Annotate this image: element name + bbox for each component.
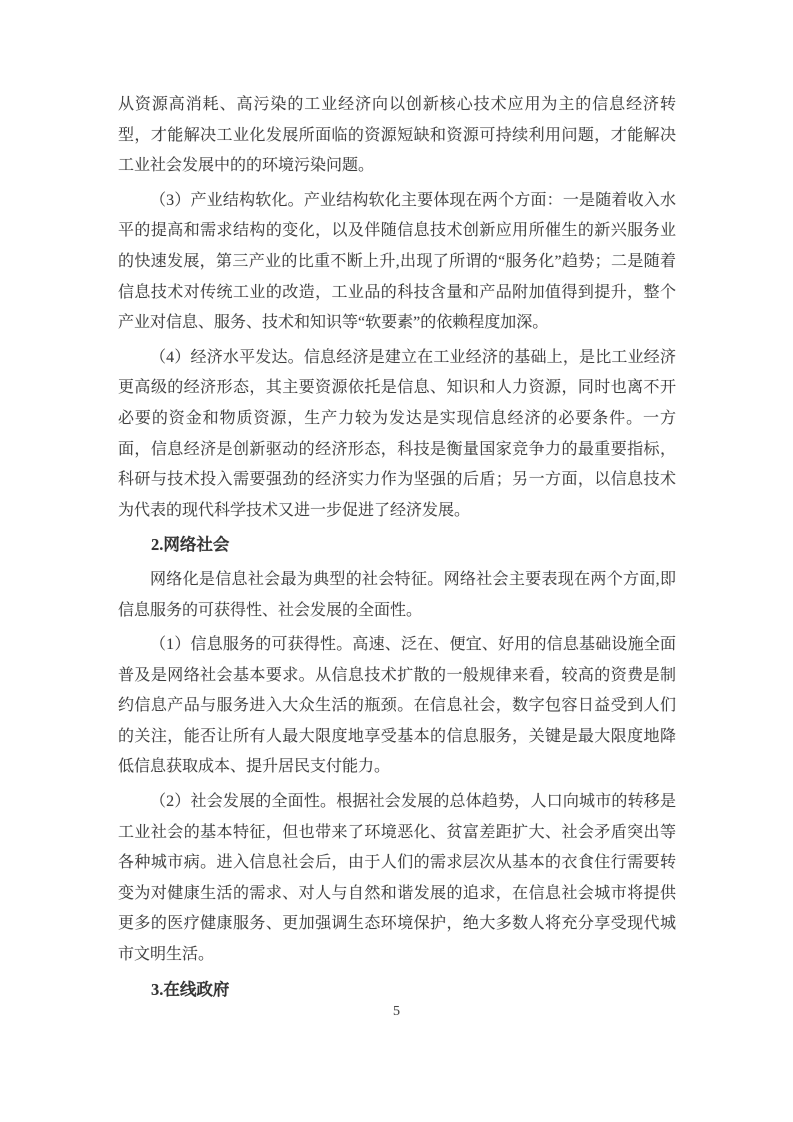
section-heading: 2.网络社会 [118,530,676,561]
body-paragraph: （4）经济水平发达。信息经济是建立在工业经济的基础上，是比工业经济更高级的经济形… [118,343,676,527]
page-number: 5 [0,1002,793,1022]
body-paragraph: （1）信息服务的可获得性。高速、泛在、便宜、好用的信息基础设施全面普及是网络社会… [118,630,676,783]
section-heading: 3.在线政府 [118,975,676,1006]
body-paragraph: 从资源高消耗、高污染的工业经济向以创新核心技术应用为主的信息经济转型，才能解决工… [118,90,676,182]
body-paragraph: （3）产业结构软化。产业结构软化主要体现在两个方面：一是随着收入水平的提高和需求… [118,186,676,339]
body-paragraph: （2）社会发展的全面性。根据社会发展的总体趋势，人口向城市的转移是工业社会的基本… [118,787,676,971]
document-text-area: 从资源高消耗、高污染的工业经济向以创新核心技术应用为主的信息经济转型，才能解决工… [118,90,676,1009]
body-paragraph: 网络化是信息社会最为典型的社会特征。网络社会主要表现在两个方面,即信息服务的可获… [118,565,676,626]
document-page: 从资源高消耗、高污染的工业经济向以创新核心技术应用为主的信息经济转型，才能解决工… [0,0,793,1122]
